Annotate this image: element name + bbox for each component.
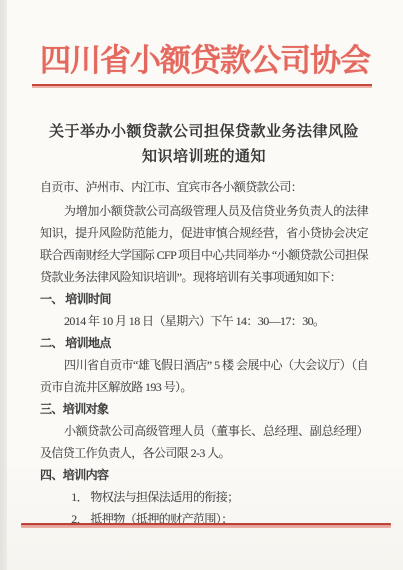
section-1-body: 2014 年 10 月 18 日（星期六）下午 14：30—17：30。 <box>40 310 368 332</box>
scan-red-line <box>21 523 391 528</box>
section-3-heading: 三、培训对象 <box>40 398 368 420</box>
letterhead-rule <box>32 84 372 88</box>
scan-left-edge <box>0 0 7 570</box>
intro-paragraph: 为增加小额贷款公司高级管理人员及信贷业务负责人的法律知识，提升风险防范能力，促进… <box>40 200 368 288</box>
section-3-body: 小额贷款公司高级管理人员（董事长、总经理、副总经理）及信贷工作负责人，各公司限 … <box>40 420 368 464</box>
section-4-heading: 四、培训内容 <box>40 464 368 486</box>
document-title-line-2: 知识培训班的通知 <box>142 148 266 165</box>
section-2-heading: 二、 培训地点 <box>40 332 368 354</box>
document-body: 自贡市、泸州市、内江市、宜宾市各小额贷款公司： 为增加小额贷款公司高级管理人员及… <box>40 176 368 530</box>
scanned-document: 四川省小额贷款公司协会 关于举办小额贷款公司担保贷款业务法律风险 知识培训班的通… <box>0 0 403 570</box>
document-title: 关于举办小额贷款公司担保贷款业务法律风险 知识培训班的通知 <box>40 119 368 169</box>
section-4-item-1: 1． 物权法与担保法适用的衔接； <box>40 486 368 508</box>
letterhead-title: 四川省小额贷款公司协会 <box>40 38 368 84</box>
document-page: 四川省小额贷款公司协会 关于举办小额贷款公司担保贷款业务法律风险 知识培训班的通… <box>7 0 403 570</box>
section-2-body: 四川省自贡市“雄飞假日酒店” 5 楼 会展中心（大会议厅）（自贡市自流井区解放路… <box>40 354 368 398</box>
document-title-line-1: 关于举办小额贷款公司担保贷款业务法律风险 <box>49 123 359 140</box>
salutation: 自贡市、泸州市、内江市、宜宾市各小额贷款公司： <box>40 176 368 198</box>
section-1-heading: 一、 培训时间 <box>40 288 368 310</box>
